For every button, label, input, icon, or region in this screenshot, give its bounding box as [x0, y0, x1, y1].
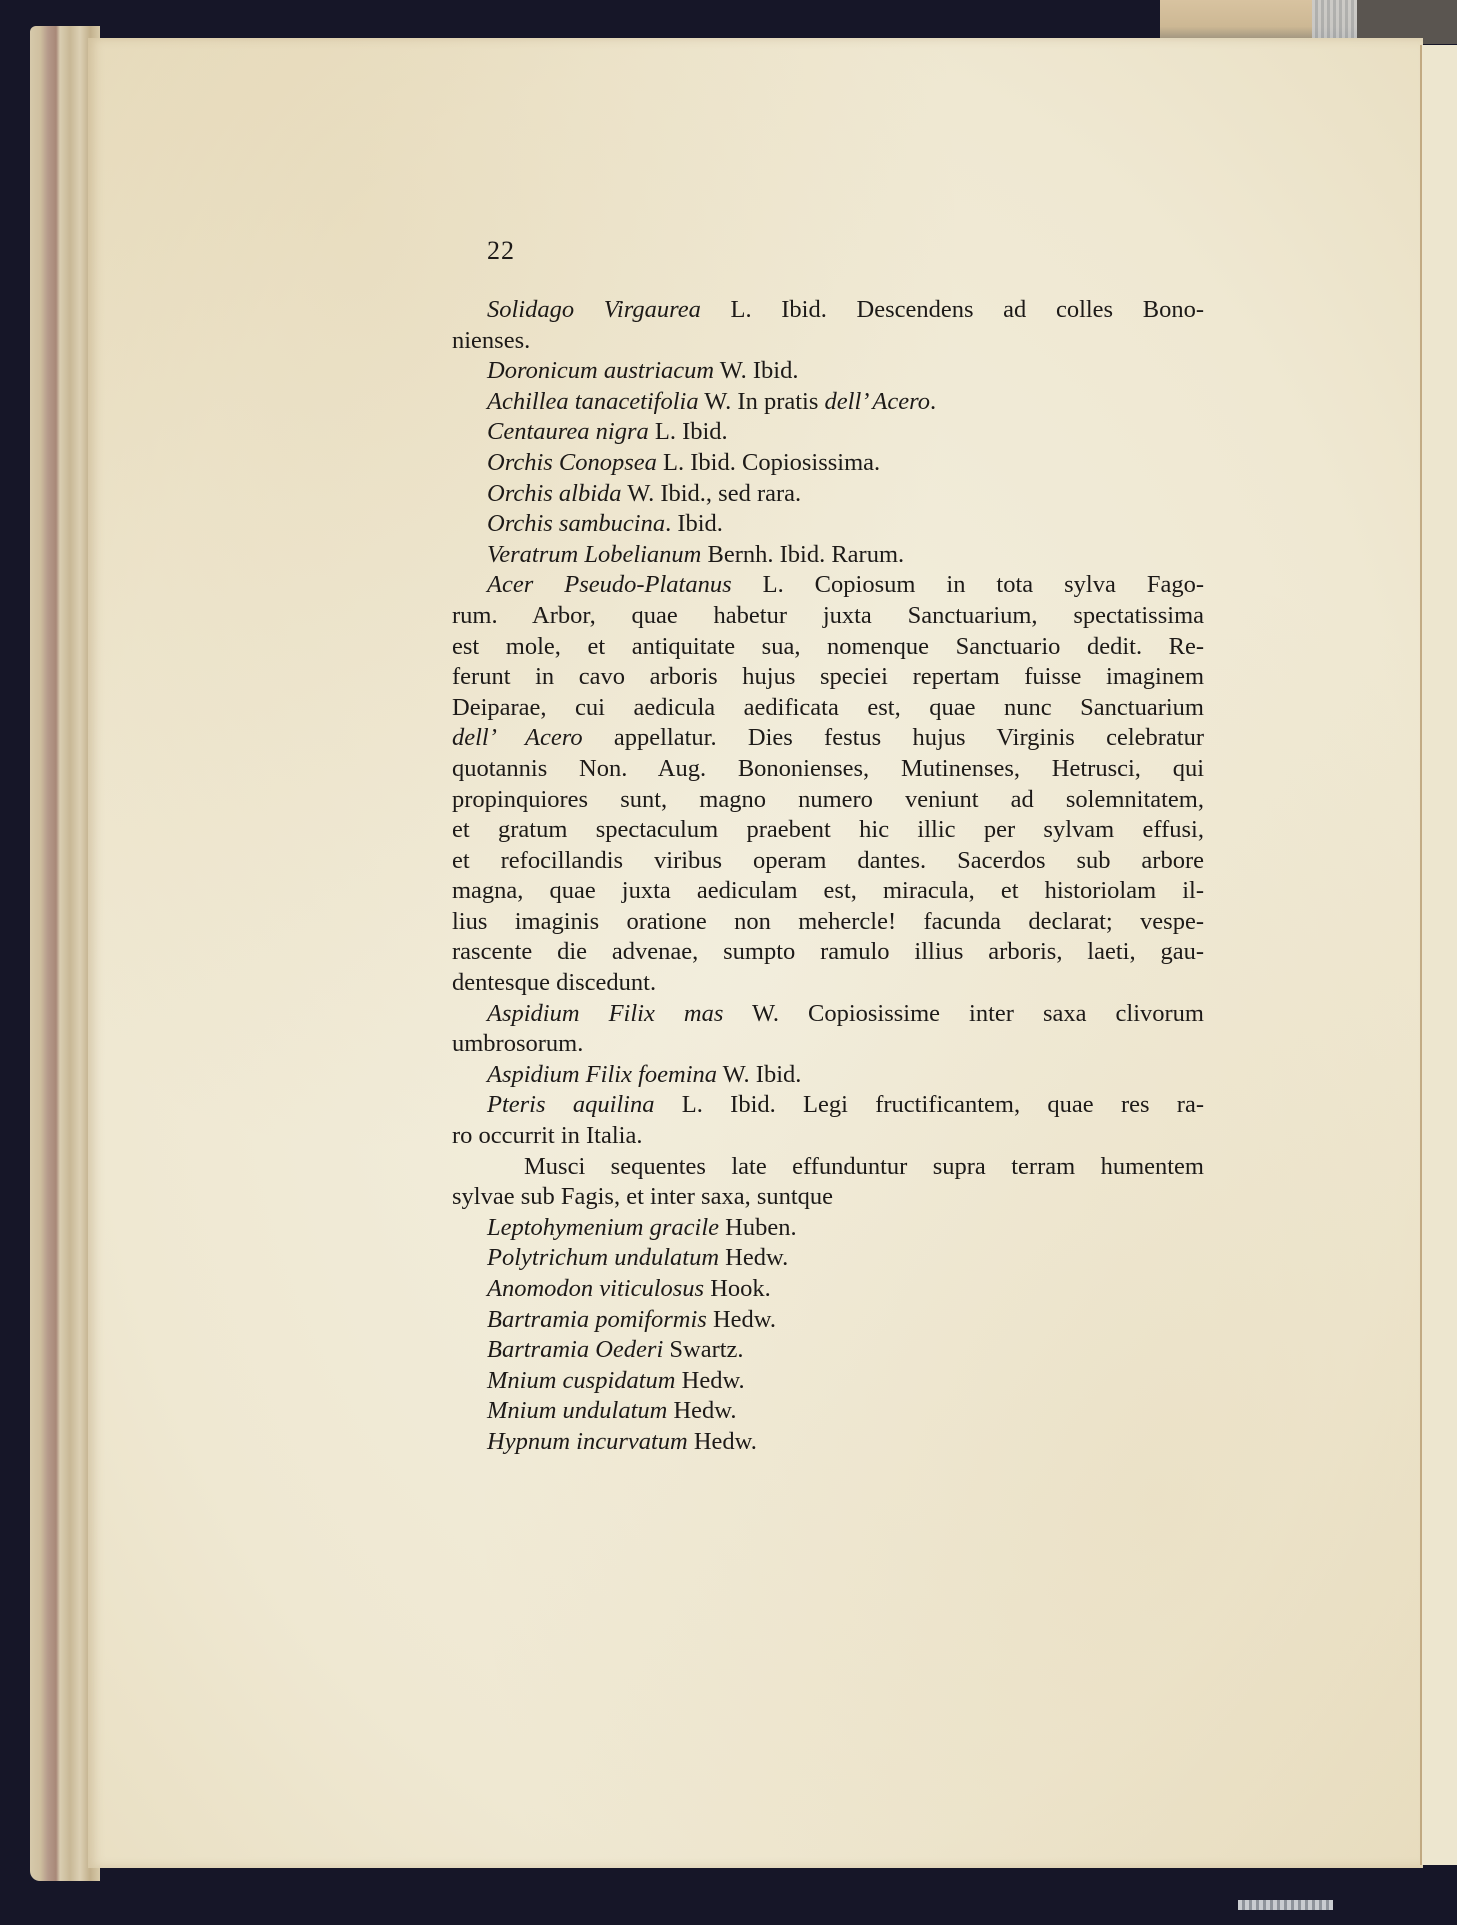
- text-line: Bartramia pomiformis Hedw.: [452, 1305, 1204, 1336]
- text-span: quotannis Non. Aug. Bononienses, Mutinen…: [452, 755, 1204, 782]
- text-span: est mole, et antiquitate sua, nomenque S…: [452, 633, 1204, 660]
- text-line: et gratum spectaculum praebent hic illic…: [452, 815, 1204, 846]
- text-span: propinquiores sunt, magno numero veniunt…: [452, 786, 1204, 813]
- text-span: rum. Arbor, quae habetur juxta Sanctuari…: [452, 602, 1204, 629]
- text-span: Hedw.: [667, 1397, 736, 1424]
- text-span: W. Copiosissime inter saxa clivorum: [723, 1000, 1204, 1027]
- text-line: Leptohymenium gracile Huben.: [452, 1213, 1204, 1244]
- text-line: Centaurea nigra L. Ibid.: [452, 417, 1204, 448]
- species-name: Polytrichum undulatum: [487, 1244, 719, 1271]
- species-name: dell’ Acero: [452, 724, 583, 751]
- text-line: Pteris aquilina L. Ibid. Legi fructifica…: [452, 1090, 1204, 1121]
- text-span: et gratum spectaculum praebent hic illic…: [452, 816, 1204, 843]
- text-line: Solidago Virgaurea L. Ibid. Descendens a…: [452, 295, 1204, 326]
- text-line: Deiparae, cui aedicula aedificata est, q…: [452, 693, 1204, 724]
- text-span: appellatur. Dies festus hujus Virginis c…: [583, 724, 1204, 751]
- text-line: rum. Arbor, quae habetur juxta Sanctuari…: [452, 601, 1204, 632]
- text-span: Bernh. Ibid. Rarum.: [701, 541, 904, 568]
- species-name: Bartramia Oederi: [487, 1336, 663, 1363]
- text-line: Musci sequentes late effunduntur supra t…: [452, 1152, 1204, 1183]
- text-line: et refocillandis viribus operam dantes. …: [452, 846, 1204, 877]
- text-span: Hedw.: [707, 1306, 776, 1333]
- text-line: Acer Pseudo-Platanus L. Copiosum in tota…: [452, 570, 1204, 601]
- text-line: umbrosorum.: [452, 1029, 1204, 1060]
- text-span: nienses.: [452, 327, 530, 354]
- text-span: sylvae sub Fagis, et inter saxa, suntque: [452, 1183, 833, 1210]
- text-span: dentesque discedunt.: [452, 969, 656, 996]
- species-name: Doronicum austriacum: [487, 357, 714, 384]
- text-span: ferunt in cavo arboris hujus speciei rep…: [452, 663, 1204, 690]
- text-line: sylvae sub Fagis, et inter saxa, suntque: [452, 1182, 1204, 1213]
- text-span: Deiparae, cui aedicula aedificata est, q…: [452, 694, 1204, 721]
- species-name: Orchis Conopsea: [487, 449, 657, 476]
- text-span: Hedw.: [688, 1428, 757, 1455]
- text-span: Hedw.: [676, 1367, 745, 1394]
- text-line: Achillea tanacetifolia W. In pratis dell…: [452, 387, 1204, 418]
- text-span: L. Ibid. Copiosissima.: [657, 449, 880, 476]
- text-span: L. Copiosum in tota sylva Fago-: [732, 571, 1204, 598]
- text-span: W. In pratis: [699, 388, 825, 415]
- text-line: Aspidium Filix mas W. Copiosissime inter…: [452, 999, 1204, 1030]
- species-name: Hypnum incurvatum: [487, 1428, 688, 1455]
- species-name: Aspidium Filix foemina: [487, 1061, 717, 1088]
- text-line: Hypnum incurvatum Hedw.: [452, 1427, 1204, 1458]
- text-line: Orchis sambucina. Ibid.: [452, 509, 1204, 540]
- text-line: Aspidium Filix foemina W. Ibid.: [452, 1060, 1204, 1091]
- text-line: Veratrum Lobelianum Bernh. Ibid. Rarum.: [452, 540, 1204, 571]
- text-line: Bartramia Oederi Swartz.: [452, 1335, 1204, 1366]
- text-line: Orchis albida W. Ibid., sed rara.: [452, 479, 1204, 510]
- text-line: lius imaginis oratione non mehercle! fac…: [452, 907, 1204, 938]
- text-line: dentesque discedunt.: [452, 968, 1204, 999]
- bottom-tape: [1238, 1900, 1333, 1910]
- text-span: Swartz.: [663, 1336, 743, 1363]
- text-line: nienses.: [452, 326, 1204, 357]
- text-span: magna, quae juxta aediculam est, miracul…: [452, 877, 1204, 904]
- text-span: Huben.: [719, 1214, 797, 1241]
- text-span: W. Ibid.: [717, 1061, 801, 1088]
- species-name: Acer Pseudo-Platanus: [487, 571, 732, 598]
- species-name: dell’ Acero: [825, 388, 930, 415]
- text-span: umbrosorum.: [452, 1030, 583, 1057]
- text-line: ro occurrit in Italia.: [452, 1121, 1204, 1152]
- text-span: rascente die advenae, sumpto ramulo illi…: [452, 938, 1204, 965]
- text-line: dell’ Acero appellatur. Dies festus huju…: [452, 723, 1204, 754]
- text-line: Mnium undulatum Hedw.: [452, 1396, 1204, 1427]
- species-name: Veratrum Lobelianum: [487, 541, 701, 568]
- species-name: Orchis albida: [487, 480, 622, 507]
- species-name: Orchis sambucina: [487, 510, 665, 537]
- text-line: Orchis Conopsea L. Ibid. Copiosissima.: [452, 448, 1204, 479]
- text-line: est mole, et antiquitate sua, nomenque S…: [452, 632, 1204, 663]
- species-name: Mnium undulatum: [487, 1397, 667, 1424]
- text-line: propinquiores sunt, magno numero veniunt…: [452, 785, 1204, 816]
- text-span: Musci sequentes late effunduntur supra t…: [524, 1153, 1204, 1180]
- text-line: rascente die advenae, sumpto ramulo illi…: [452, 937, 1204, 968]
- species-name: Pteris aquilina: [487, 1091, 654, 1118]
- text-span: ro occurrit in Italia.: [452, 1122, 642, 1149]
- text-span: L. Ibid. Descendens ad colles Bono-: [701, 296, 1204, 323]
- species-name: Aspidium Filix mas: [487, 1000, 723, 1027]
- text-span: W. Ibid.: [714, 357, 798, 384]
- text-span: .: [930, 388, 936, 415]
- text-line: Anomodon viticulosus Hook.: [452, 1274, 1204, 1305]
- text-span: W. Ibid., sed rara.: [622, 480, 802, 507]
- text-span: et refocillandis viribus operam dantes. …: [452, 847, 1204, 874]
- species-name: Anomodon viticulosus: [487, 1275, 704, 1302]
- text-span: L. Ibid.: [649, 418, 728, 445]
- species-name: Centaurea nigra: [487, 418, 649, 445]
- right-page-flap: [1422, 45, 1457, 1865]
- text-line: quotannis Non. Aug. Bononienses, Mutinen…: [452, 754, 1204, 785]
- text-span: Hook.: [704, 1275, 771, 1302]
- species-name: Achillea tanacetifolia: [487, 388, 699, 415]
- text-span: . Ibid.: [665, 510, 723, 537]
- text-span: L. Ibid. Legi fructificantem, quae res r…: [654, 1091, 1204, 1118]
- text-line: Doronicum austriacum W. Ibid.: [452, 356, 1204, 387]
- text-line: Polytrichum undulatum Hedw.: [452, 1243, 1204, 1274]
- tape-piece: [1312, 0, 1357, 42]
- body-text: Solidago Virgaurea L. Ibid. Descendens a…: [452, 295, 1204, 1458]
- text-line: ferunt in cavo arboris hujus speciei rep…: [452, 662, 1204, 693]
- text-span: lius imaginis oratione non mehercle! fac…: [452, 908, 1204, 935]
- page-fold-line: [1420, 45, 1422, 1865]
- text-span: Hedw.: [719, 1244, 788, 1271]
- species-name: Mnium cuspidatum: [487, 1367, 676, 1394]
- page-number: 22: [487, 236, 515, 266]
- text-line: magna, quae juxta aediculam est, miracul…: [452, 876, 1204, 907]
- text-line: Mnium cuspidatum Hedw.: [452, 1366, 1204, 1397]
- species-name: Leptohymenium gracile: [487, 1214, 719, 1241]
- species-name: Bartramia pomiformis: [487, 1306, 707, 1333]
- species-name: Solidago Virgaurea: [487, 296, 701, 323]
